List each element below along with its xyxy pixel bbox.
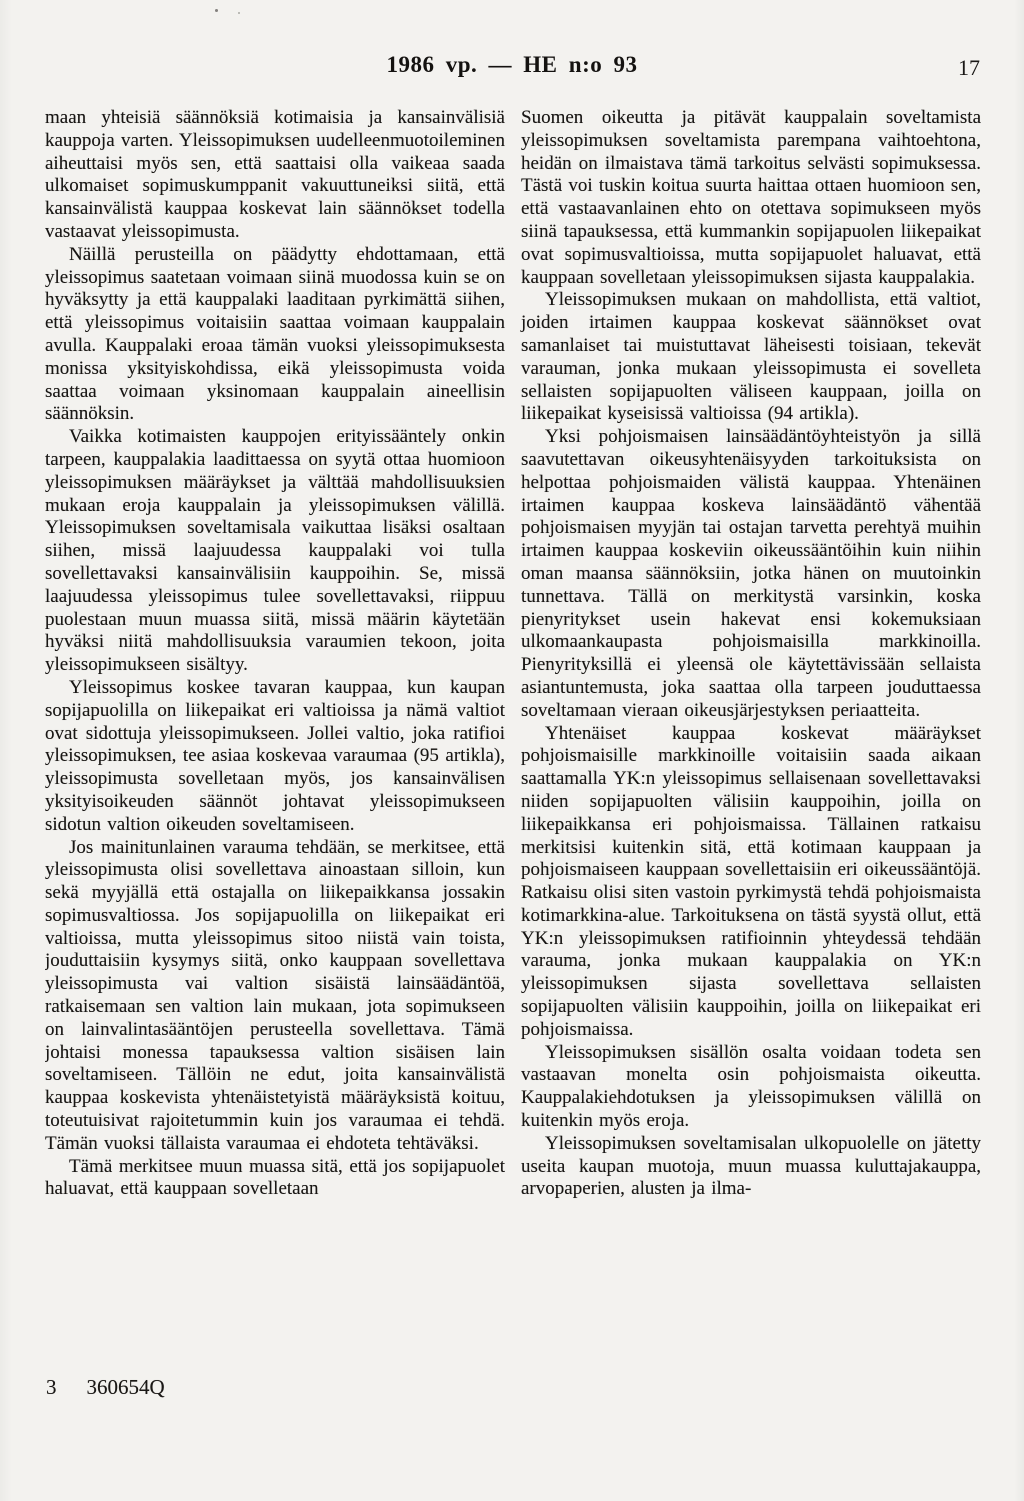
paragraph: maan yhteisiä säännöksiä kotimaisia ja k… (45, 107, 505, 244)
signature-number: 3 (46, 1375, 57, 1400)
document-page: 1986 vp. — HE n:o 93 17 maan yhteisiä sä… (0, 0, 1024, 1501)
paragraph: Yksi pohjoismaisen lainsäädäntöyhteistyö… (521, 426, 981, 722)
left-column: maan yhteisiä säännöksiä kotimaisia ja k… (45, 107, 505, 1357)
running-header-title: 1986 vp. — HE n:o 93 (0, 52, 1024, 78)
paragraph: Vaikka kotimaisten kauppojen erityissään… (45, 426, 505, 677)
paragraph: Yleissopimuksen sisällön osalta voidaan … (521, 1042, 981, 1133)
paragraph: Näillä perusteilla on päädytty ehdottama… (45, 244, 505, 426)
print-code: 360654Q (87, 1375, 165, 1399)
right-column: Suomen oikeutta ja pitävät kauppalain so… (521, 107, 981, 1357)
scan-speck (215, 9, 218, 12)
paragraph: Yleissopimus koskee tavaran kauppaa, kun… (45, 677, 505, 837)
scan-speck (238, 12, 240, 14)
text-columns: maan yhteisiä säännöksiä kotimaisia ja k… (45, 107, 981, 1357)
page-number: 17 (958, 55, 980, 81)
paragraph: Tämä merkitsee muun muassa sitä, että jo… (45, 1156, 505, 1202)
paragraph: Yleissopimuksen mukaan on mahdollista, e… (521, 289, 981, 426)
print-footer: 3360654Q (46, 1375, 165, 1400)
paragraph: Suomen oikeutta ja pitävät kauppalain so… (521, 107, 981, 289)
paragraph: Yleissopimuksen soveltamisalan ulkopuole… (521, 1133, 981, 1201)
paragraph: Jos mainitunlainen varauma tehdään, se m… (45, 837, 505, 1156)
paragraph: Yhtenäiset kauppaa koskevat määräykset p… (521, 723, 981, 1042)
